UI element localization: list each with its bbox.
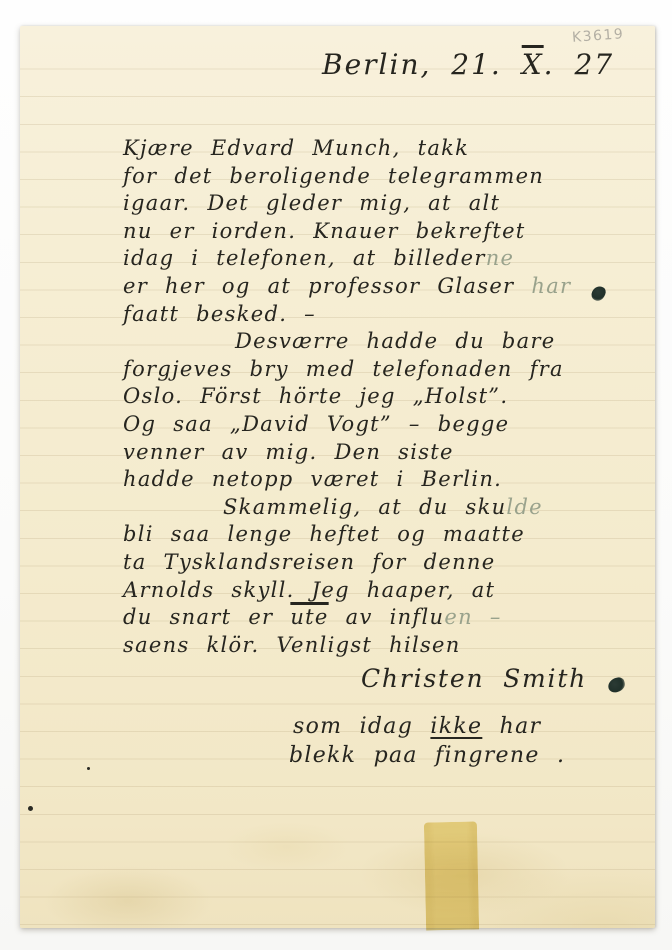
- ink-speck: [28, 806, 33, 811]
- letter-body: Kjære Edvard Munch, takkfor det berolige…: [123, 136, 668, 772]
- text-segment: av influ: [329, 605, 445, 629]
- letter-line: Skammelig, at du skulde: [223, 495, 668, 523]
- tape-strip: [424, 821, 479, 930]
- letter-line: Og saa „David Vogt” – begge: [123, 412, 668, 440]
- letter-line: er her og at professor Glaser har: [123, 274, 668, 302]
- text-segment: venner av mig. Den siste: [123, 440, 454, 464]
- letter-line: Oslo. Först hörte jeg „Holst”.: [123, 384, 668, 412]
- text-segment: Kjære Edvard Munch, takk: [123, 136, 469, 160]
- letter-line: Arnolds skyll. Jeg haaper, at: [123, 578, 668, 606]
- text-segment: har: [531, 274, 571, 298]
- letter-paper: K3619 Berlin, 21. X. 27 Kjære Edvard Mun…: [20, 26, 655, 928]
- text-segment: saens klör. Venligst hilsen: [123, 633, 461, 657]
- letter-line: ta Tysklandsreisen for denne: [123, 550, 668, 578]
- text-segment: Berlin, 21.: [322, 48, 522, 81]
- text-segment: ne: [486, 246, 515, 270]
- text-segment: ute: [290, 605, 328, 629]
- text-segment: for det beroligende telegrammen: [123, 164, 544, 188]
- archive-mark: K3619: [572, 26, 625, 46]
- text-segment: ikke: [430, 714, 482, 739]
- letter-line: Desværre hadde du bare: [235, 329, 668, 357]
- text-segment: Desværre hadde du bare: [235, 329, 556, 353]
- letter-line: venner av mig. Den siste: [123, 440, 668, 468]
- text-segment: blekk paa fingrene .: [289, 743, 565, 768]
- letter-scan: K3619 Berlin, 21. X. 27 Kjære Edvard Mun…: [0, 0, 672, 950]
- text-segment: idag i telefonen, at billeder: [123, 246, 486, 270]
- letter-line: for det beroligende telegrammen: [123, 164, 668, 192]
- letter-line: bli saa lenge heftet og maatte: [123, 522, 668, 550]
- text-segment: Og saa „David Vogt” – begge: [123, 412, 509, 436]
- text-segment: nu er iorden. Knauer bekreftet: [123, 219, 526, 243]
- text-segment: faatt besked. –: [123, 302, 316, 326]
- letter-line: hadde netopp været i Berlin.: [123, 467, 668, 495]
- letter-line: Kjære Edvard Munch, takk: [123, 136, 668, 164]
- text-segment: som idag: [293, 714, 430, 739]
- text-segment: X: [522, 48, 544, 81]
- letter-line: nu er iorden. Knauer bekreftet: [123, 219, 668, 247]
- text-segment: har: [482, 714, 541, 739]
- text-segment: Arnolds skyll. Jeg haaper, at: [123, 578, 495, 602]
- text-segment: ta Tysklandsreisen for denne: [123, 550, 495, 574]
- text-segment: Skammelig, at du sku: [223, 495, 506, 519]
- letter-line: blekk paa fingrene .: [289, 743, 668, 772]
- text-segment: er her og at professor Glaser: [123, 274, 531, 298]
- text-segment: . 27: [544, 48, 614, 81]
- text-segment: Oslo. Först hörte jeg „Holst”.: [123, 384, 508, 408]
- text-segment: lde: [506, 495, 543, 519]
- text-segment: hadde netopp været i Berlin.: [123, 467, 502, 491]
- letter-line: faatt besked. –: [123, 302, 668, 330]
- text-segment: bli saa lenge heftet og maatte: [123, 522, 525, 546]
- text-segment: igaar. Det gleder mig, at alt: [123, 191, 500, 215]
- text-segment: forgjeves bry med telefonaden fra: [123, 357, 564, 381]
- letter-line: igaar. Det gleder mig, at alt: [123, 191, 668, 219]
- dateline: Berlin, 21. X. 27: [322, 48, 614, 81]
- letter-line: idag i telefonen, at billederne: [123, 246, 668, 274]
- ink-speck: [87, 767, 90, 770]
- letter-line: forgjeves bry med telefonaden fra: [123, 357, 668, 385]
- letter-line: som idag ikke har: [293, 714, 668, 743]
- text-segment: en –: [444, 605, 501, 629]
- letter-line: du snart er ute av influen –: [123, 605, 668, 633]
- text-segment: du snart er: [123, 605, 290, 629]
- letter-line: saens klör. Venligst hilsen: [123, 633, 668, 661]
- text-segment: Christen Smith: [361, 664, 587, 693]
